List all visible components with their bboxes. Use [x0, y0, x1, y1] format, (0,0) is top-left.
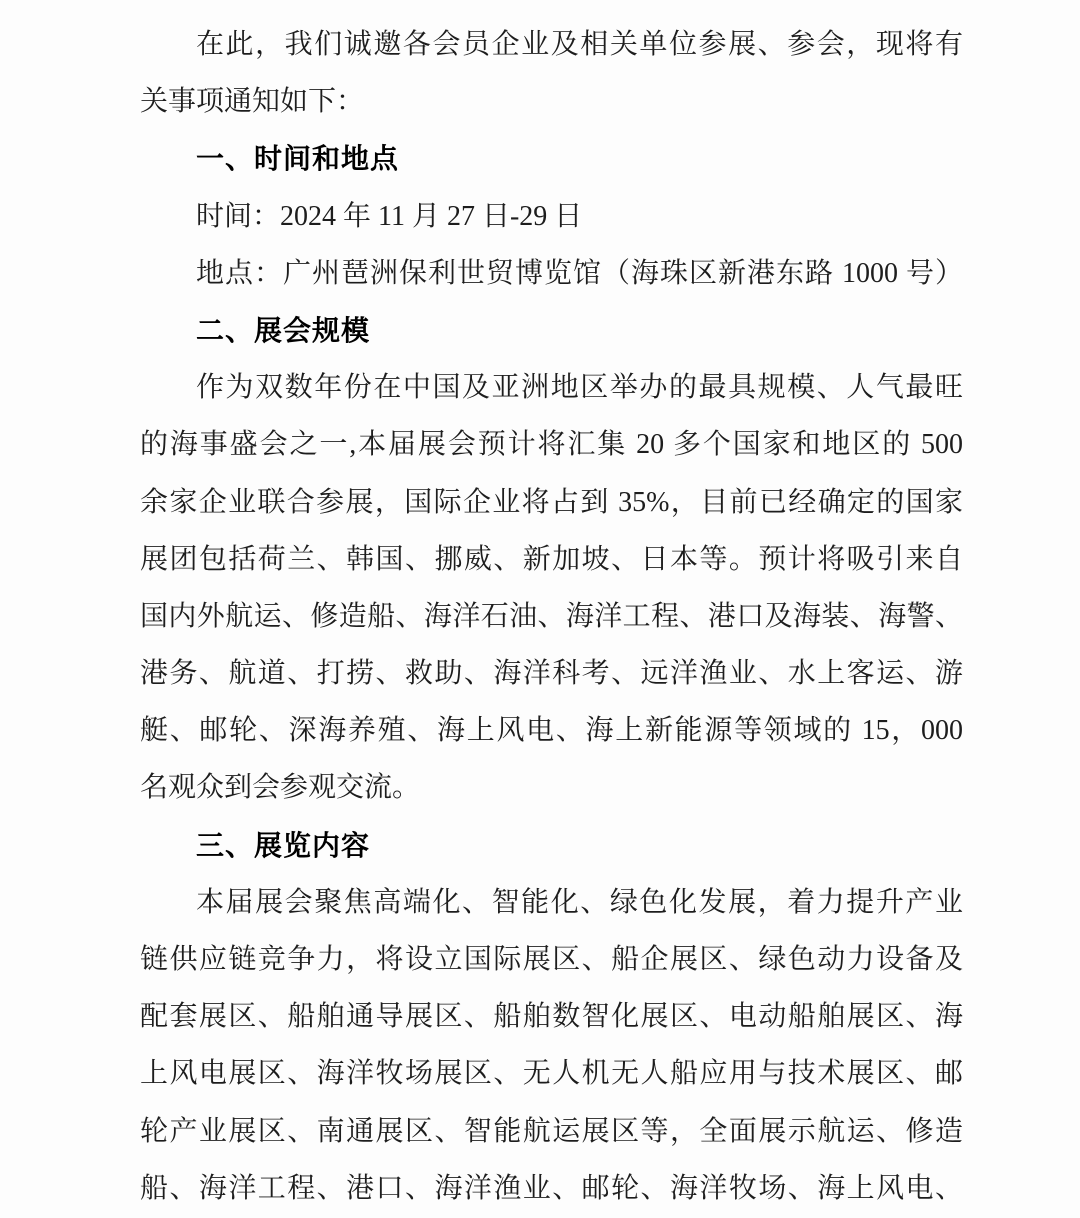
- event-venue-line: 地点：广州琶洲保利世贸博览馆（海珠区新港东路 1000 号）: [140, 245, 963, 302]
- paragraph-line: 余家企业联合参展，国际企业将占到 35%，目前已经确定的国家: [140, 474, 963, 531]
- heading-exhibition-scale: 二、展会规模: [140, 302, 963, 359]
- paragraph-line: 艇、邮轮、深海养殖、海上风电、海上新能源等领域的 15，000: [140, 702, 963, 759]
- paragraph-line: 上风电展区、海洋牧场展区、无人机无人船应用与技术展区、邮: [140, 1045, 963, 1102]
- paragraph-line: 船、海洋工程、港口、海洋渔业、邮轮、海洋牧场、海上风电、: [140, 1160, 963, 1217]
- paragraph-line: 轮产业展区、南通展区、智能航运展区等，全面展示航运、修造: [140, 1103, 963, 1160]
- paragraph-line: 链供应链竞争力，将设立国际展区、船企展区、绿色动力设备及: [140, 931, 963, 988]
- heading-exhibition-content: 三、展览内容: [140, 817, 963, 874]
- document-page: 在此，我们诚邀各会员企业及相关单位参展、参会，现将有 关事项通知如下： 一、时间…: [0, 0, 1080, 1218]
- paragraph-line: 展团包括荷兰、韩国、挪威、新加坡、日本等。预计将吸引来自: [140, 531, 963, 588]
- paragraph-line: 本届展会聚焦高端化、智能化、绿色化发展，着力提升产业: [140, 874, 963, 931]
- paragraph-line: 名观众到会参观交流。: [140, 759, 963, 816]
- paragraph-line: 作为双数年份在中国及亚洲地区举办的最具规模、人气最旺: [140, 359, 963, 416]
- paragraph-line: 在此，我们诚邀各会员企业及相关单位参展、参会，现将有: [140, 16, 963, 73]
- event-time-line: 时间：2024 年 11 月 27 日-29 日: [140, 188, 963, 245]
- paragraph-line: 港务、航道、打捞、救助、海洋科考、远洋渔业、水上客运、游: [140, 645, 963, 702]
- heading-time-and-place: 一、时间和地点: [140, 130, 963, 187]
- paragraph-line: 配套展区、船舶通导展区、船舶数智化展区、电动船舶展区、海: [140, 988, 963, 1045]
- paragraph-line: 国内外航运、修造船、海洋石油、海洋工程、港口及海装、海警、: [140, 588, 963, 645]
- paragraph-line: 关事项通知如下：: [140, 73, 963, 130]
- paragraph-line: 的海事盛会之一,本届展会预计将汇集 20 多个国家和地区的 500: [140, 416, 963, 473]
